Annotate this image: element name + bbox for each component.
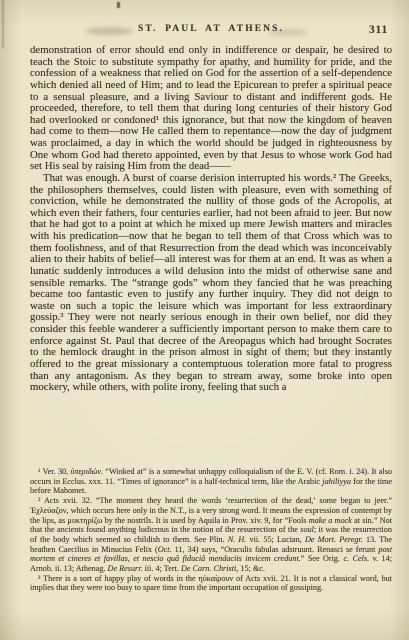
footnotes-block: ¹ Ver. 30, ὑπεριδών. “Winked at” is a so… xyxy=(30,467,392,593)
body-text: demonstration of error should end only i… xyxy=(30,45,392,394)
ink-speck xyxy=(117,2,120,8)
page-title: ST. PAUL AT ATHENS. xyxy=(30,24,392,34)
footnote-3: ³ There is a sort of happy play of words… xyxy=(30,574,392,593)
page-number: 311 xyxy=(369,24,388,36)
running-header: ST. PAUL AT ATHENS. 311 xyxy=(30,24,392,38)
book-page: ST. PAUL AT ATHENS. 311 demonstration of… xyxy=(0,0,409,640)
footnote-2: ² Acts xvii. 32. “The moment they heard … xyxy=(30,496,392,574)
body-paragraph-1: demonstration of error should end only i… xyxy=(30,45,392,173)
scan-edge-artifact xyxy=(2,0,4,48)
body-paragraph-2: That was enough. A burst of coarse deris… xyxy=(30,173,392,394)
footnote-1: ¹ Ver. 30, ὑπεριδών. “Winked at” is a so… xyxy=(30,467,392,496)
